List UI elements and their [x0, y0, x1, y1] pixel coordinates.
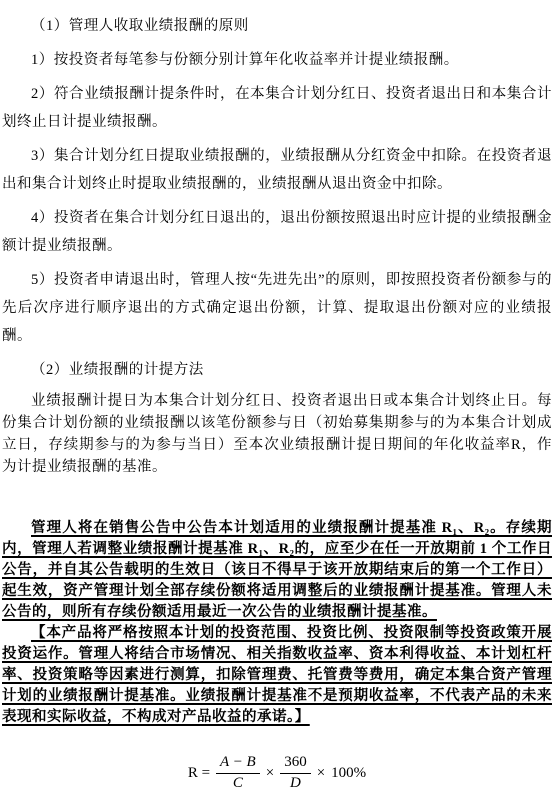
heading-fee-principles: （1）管理人收取业绩报酬的原则: [2, 12, 552, 40]
heading-fee-method: （2）业绩报酬的计提方法: [2, 356, 552, 384]
formula-percentage: 100%: [331, 765, 366, 782]
notice-block: 管理人将在销售公告中公告本计划适用的业绩报酬计提基准 R₁、R₂。存续期内，管理…: [2, 518, 552, 728]
formula-fraction-1: A − B C: [216, 754, 260, 793]
principle-item-3: 3）集合计划分红日提取业绩报酬的，业绩报酬从分红资金中扣除。在投资者退出和集合计…: [2, 142, 552, 198]
fee-method-description: 业绩报酬计提日为本集合计划分红日、投资者退出日或本集合计划终止日。每份集合计划份…: [2, 390, 552, 478]
formula-fraction-1-numerator: A − B: [216, 754, 260, 774]
formula-fraction-2-numerator: 360: [280, 754, 311, 774]
formula-fraction-2-denominator: D: [290, 774, 301, 792]
notice-investment-disclaimer: 【本产品将严格按照本计划的投资范围、投资比例、投资限制等投资政策开展投资运作。管…: [2, 623, 552, 728]
formula-multiply-2: ×: [317, 765, 325, 782]
formula-lhs: R =: [188, 765, 210, 782]
formula-multiply-1: ×: [266, 765, 274, 782]
principle-item-5: 5）投资者申请退出时，管理人按“先进先出”的原则，即按照投资者份额参与的先后次序…: [2, 266, 552, 350]
formula-fraction-2: 360 D: [280, 754, 311, 793]
principle-item-2: 2）符合业绩报酬计提条件时，在本集合计划分红日、投资者退出日和本集合计划终止日计…: [2, 80, 552, 136]
annualized-return-formula: R = A − B C × 360 D × 100%: [2, 754, 552, 793]
formula-fraction-1-denominator: C: [233, 774, 243, 792]
notice-benchmark-announcement: 管理人将在销售公告中公告本计划适用的业绩报酬计提基准 R₁、R₂。存续期内，管理…: [2, 518, 552, 623]
principle-item-1: 1）按投资者每笔参与份额分别计算年化收益率并计提业绩报酬。: [2, 46, 552, 74]
document-page: （1）管理人收取业绩报酬的原则 1）按投资者每笔参与份额分别计算年化收益率并计提…: [0, 0, 557, 800]
principle-item-4: 4）投资者在集合计划分红日退出的，退出份额按照退出时应计提的业绩报酬金额计提业绩…: [2, 204, 552, 260]
